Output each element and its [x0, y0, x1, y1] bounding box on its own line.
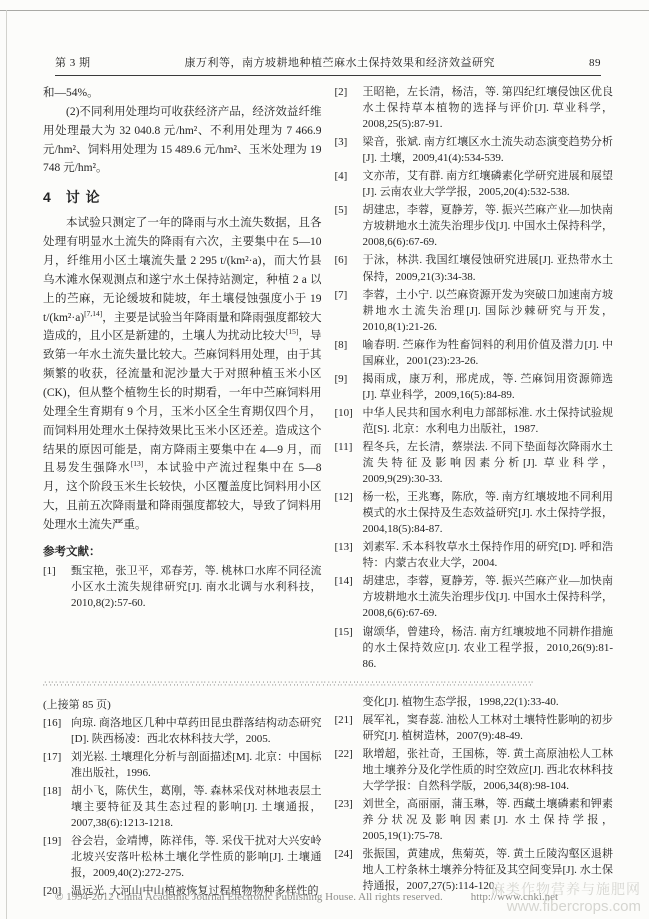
reference-number: [12] [335, 489, 353, 505]
reference-list: [16]向琼. 商洛地区几种中草药田昆虫群落结构动态研究[D]. 陕西杨凌：西北… [43, 715, 322, 900]
reference-text: 李蓉，土小宁. 以苎麻资源开发为突破口加速南方坡耕地水土流失治理[J]. 国际沙… [363, 289, 614, 333]
reference-number: [2] [335, 84, 348, 100]
page-number: 89 [589, 57, 601, 69]
section-title: 讨 论 [66, 189, 101, 205]
reference-text: 谢颂华，曾建玲，杨洁. 南方红壤坡地不同耕作措施的水土保持效应[J]. 农业工程… [363, 626, 614, 670]
reference-item: [2]王昭艳，左长清，杨洁，等. 第四纪红壤侵蚀区优良水土保持草本植物的选择与评… [335, 84, 614, 132]
reference-item: [17]刘光崧. 土壤理化分析与剖面描述[M]. 北京：中国标准出版社，1996… [43, 749, 322, 781]
reference-number: [1] [43, 563, 56, 579]
discussion-paragraph: 本试验只测定了一年的降雨与水土流失数据，且各处理有明显水土流失的降雨有六次，主要… [43, 214, 322, 535]
reference-number: [4] [335, 168, 348, 184]
reference-item: [21]展军礼，窦春蕊. 油松人工林对土壤特性影响的初步研究[J]. 植树造林，… [335, 712, 614, 744]
reference-item: [3]梁音，张斌. 南方红壤区水土流失动态演变趋势分析[J]. 土壤，2009,… [335, 134, 614, 166]
journal-page: 第 3 期 康万利等，南方坡耕地种植苎麻水土保持效果和经济效益研究 89 和—5… [0, 0, 649, 919]
reference-number: [21] [335, 712, 353, 728]
reference-item: [13]刘素军. 禾本科牧草水土保持作用的研究[D]. 呼和浩特：内蒙古农业大学… [335, 539, 614, 571]
reference-list: [2]王昭艳，左长清，杨洁，等. 第四纪红壤侵蚀区优良水土保持草本植物的选择与评… [335, 84, 614, 672]
reference-text: 刘光崧. 土壤理化分析与剖面描述[M]. 北京：中国标准出版社，1996. [71, 751, 322, 779]
continued-from-note: (上接第 85 页) [43, 696, 322, 712]
reference-list: 变化[J]. 植物生态学报，1998,22(1):33-40. [21]展军礼，… [335, 694, 614, 895]
reference-item: [12]杨一松，王兆骞，陈欣，等. 南方红壤坡地不同利用模式的水土保持及生态效益… [335, 489, 614, 537]
reference-number: [14] [335, 573, 353, 589]
carryover-line: 和—54%。 [43, 84, 322, 103]
reference-number: [6] [335, 252, 348, 268]
reference-number: [23] [335, 796, 353, 812]
reference-text: 于泳，林洪. 我国红壤侵蚀研究进展[J]. 亚热带水土保持，2009,21(3)… [363, 254, 614, 282]
reference-number: [5] [335, 202, 348, 218]
reference-number: [9] [335, 371, 348, 387]
reference-item: [14]胡建忠，李蓉，夏静芳，等. 振兴苎麻产业—加快南方坡耕地水土流失治理步伐… [335, 573, 614, 621]
reference-text: 向琼. 商洛地区几种中草药田昆虫群落结构动态研究[D]. 陕西杨凌：西北农林科技… [71, 717, 322, 745]
reference-text: 杨一松，王兆骞，陈欣，等. 南方红壤坡地不同利用模式的水土保持及生态效益研究[J… [363, 491, 614, 535]
reference-number: [7] [335, 287, 348, 303]
reference-text: 王昭艳，左长清，杨洁，等. 第四纪红壤侵蚀区优良水土保持草本植物的选择与评价[J… [363, 86, 614, 130]
reference-item: [6]于泳，林洪. 我国红壤侵蚀研究进展[J]. 亚热带水土保持，2009,21… [335, 252, 614, 284]
reference-text: 甄宝艳，张卫平，邓春芳，等. 桃林口水库不同径流小区水土流失规律研究[J]. 南… [71, 565, 322, 609]
watermark: 麻类作物营养与施肥网 www.fibercrops.com [491, 881, 641, 916]
reference-continuation: 变化[J]. 植物生态学报，1998,22(1):33-40. [335, 694, 614, 710]
citation-superscript: [7,14] [84, 309, 102, 318]
reference-item: [8]喻春明. 苎麻作为牲畜饲料的利用价值及潜力[J]. 中国麻业，2001(2… [335, 337, 614, 369]
reference-number: [16] [43, 715, 61, 731]
reference-number: [8] [335, 337, 348, 353]
reference-item: [4]文亦芾，艾有群. 南方红壤磷素化学研究进展和展望[J]. 云南农业大学学报… [335, 168, 614, 200]
page-edge-top [0, 10, 649, 11]
reference-text: 耿增超，张社奇，王国栋，等. 黄土高原油松人工林地土壤养分及化学性质的时空效应[… [363, 748, 614, 792]
reference-number: [3] [335, 134, 348, 150]
continued-right-column: 变化[J]. 植物生态学报，1998,22(1):33-40. [21]展军礼，… [335, 694, 614, 902]
reference-number: [19] [43, 833, 61, 849]
header-rule [55, 75, 601, 78]
reference-number: [22] [335, 746, 353, 762]
reference-text: 喻春明. 苎麻作为牲畜饲料的利用价值及潜力[J]. 中国麻业，2001(23):… [363, 339, 614, 367]
continued-columns: (上接第 85 页) [16]向琼. 商洛地区几种中草药田昆虫群落结构动态研究[… [43, 694, 613, 902]
watermark-site-url: www.fibercrops.com [491, 898, 641, 916]
reference-text: 胡建忠，李蓉，夏静芳，等. 振兴苎麻产业—加快南方坡耕地水土流失治理步伐[J].… [363, 575, 614, 619]
reference-item: [10]中华人民共和国水利电力部部标准. 水土保持试验规范[S]. 北京：水利电… [335, 405, 614, 437]
conclusion-paragraph: (2)不同利用处理均可收获经济产品，经济效益纤维用处理最大为 32 040.8 … [43, 103, 322, 178]
reference-text: 胡建忠，李蓉，夏静芳，等. 振兴苎麻产业—加快南方坡耕地水土流失治理步伐[J].… [363, 204, 614, 248]
right-column: [2]王昭艳，左长清，杨洁，等. 第四纪红壤侵蚀区优良水土保持草本植物的选择与评… [335, 84, 614, 674]
reference-text: 胡小飞，陈伏生，葛刚，等. 森林采伐对林地表层土壤主要特征及其生态过程的影响[J… [71, 785, 322, 829]
reference-number: [15] [335, 624, 353, 640]
reference-text: 谷会岩，金靖博，陈祥伟，等. 采伐干扰对大兴安岭北坡兴安落叶松林土壤化学性质的影… [71, 835, 322, 879]
reference-item: [11]程冬兵，左长清，蔡崇法. 不同下垫面每次降雨水土流失特征及影响因素分析[… [335, 439, 614, 487]
citation-superscript: [13] [131, 460, 144, 469]
reference-text: 揭雨成，康万利，邢虎成，等. 苎麻饲用资源筛选[J]. 草业科学，2009,16… [363, 373, 614, 401]
reference-list: [1] 甄宝艳，张卫平，邓春芳，等. 桃林口水库不同径流小区水土流失规律研究[J… [43, 563, 322, 611]
issue-number: 第 3 期 [55, 54, 91, 70]
reference-text: 中华人民共和国水利电力部部标准. 水土保持试验规范[S]. 北京：水利电力出版社… [363, 407, 614, 435]
reference-number: [24] [335, 846, 353, 862]
continued-left-column: (上接第 85 页) [16]向琼. 商洛地区几种中草药田昆虫群落结构动态研究[… [43, 694, 322, 902]
reference-item: [9]揭雨成，康万利，邢虎成，等. 苎麻饲用资源筛选[J]. 草业科学，2009… [335, 371, 614, 403]
copyright-text: © 1994-2012 China Academic Journal Elect… [55, 891, 443, 903]
main-columns: 和—54%。 (2)不同利用处理均可收获经济产品，经济效益纤维用处理最大为 32… [43, 84, 613, 674]
reference-item: [18]胡小飞，陈伏生，葛刚，等. 森林采伐对林地表层土壤主要特征及其生态过程的… [43, 783, 322, 831]
reference-item: [23]刘世全，高丽丽，蒲玉琳，等. 西藏土壤磷素和钾素养分状况及影响因素[J]… [335, 796, 614, 844]
reference-text: 刘世全，高丽丽，蒲玉琳，等. 西藏土壤磷素和钾素养分状况及影响因素[J]. 水土… [363, 798, 614, 842]
section-number: 4 [43, 189, 52, 205]
running-title: 康万利等，南方坡耕地种植苎麻水土保持效果和经济效益研究 [91, 54, 590, 70]
reference-item: [5]胡建忠，李蓉，夏静芳，等. 振兴苎麻产业—加快南方坡耕地水土流失治理步伐[… [335, 202, 614, 250]
section-divider-ornament: ∴∵∴∵∴∵∴∵∴∵∴∵∴∵∴∵∴∵∴∵∴∵∴∵∴∵∴∵∴∵∴∵∴∵∴∵∴∵∴∵… [43, 681, 613, 688]
reference-item: [15]谢颂华，曾建玲，杨洁. 南方红壤坡地不同耕作措施的水土保持效应[J]. … [335, 624, 614, 672]
reference-number: [11] [335, 439, 353, 455]
page-content: 和—54%。 (2)不同利用处理均可收获经济产品，经济效益纤维用处理最大为 32… [43, 84, 613, 901]
reference-item: [16]向琼. 商洛地区几种中草药田昆虫群落结构动态研究[D]. 陕西杨凌：西北… [43, 715, 322, 747]
reference-number: [17] [43, 749, 61, 765]
reference-text: 刘素军. 禾本科牧草水土保持作用的研究[D]. 呼和浩特：内蒙古农业大学，200… [363, 541, 614, 569]
discussion-text: ，导致第一年水土流失量比较大。苎麻饲料用处理，由于其频繁的收获，径流量和泥沙量大… [43, 330, 322, 474]
reference-number: [13] [335, 539, 353, 555]
left-column: 和—54%。 (2)不同利用处理均可收获经济产品，经济效益纤维用处理最大为 32… [43, 84, 322, 674]
reference-item: [7]李蓉，土小宁. 以苎麻资源开发为突破口加速南方坡耕地水土流失治理[J]. … [335, 287, 614, 335]
reference-text: 展军礼，窦春蕊. 油松人工林对土壤特性影响的初步研究[J]. 植树造林，2007… [363, 714, 614, 742]
section-heading: 4讨 论 [43, 187, 322, 207]
reference-text: 文亦芾，艾有群. 南方红壤磷素化学研究进展和展望[J]. 云南农业大学学报，20… [363, 170, 614, 198]
citation-superscript: [15] [286, 328, 299, 337]
reference-number: [10] [335, 405, 353, 421]
page-header: 第 3 期 康万利等，南方坡耕地种植苎麻水土保持效果和经济效益研究 89 [55, 54, 601, 70]
reference-text: 程冬兵，左长清，蔡崇法. 不同下垫面每次降雨水土流失特征及影响因素分析[J]. … [363, 441, 614, 485]
reference-text: 梁音，张斌. 南方红壤区水土流失动态演变趋势分析[J]. 土壤，2009,41(… [363, 136, 614, 164]
references-heading: 参考文献： [43, 543, 322, 559]
reference-item: [19]谷会岩，金靖博，陈祥伟，等. 采伐干扰对大兴安岭北坡兴安落叶松林土壤化学… [43, 833, 322, 881]
reference-number: [18] [43, 783, 61, 799]
reference-item: [1] 甄宝艳，张卫平，邓春芳，等. 桃林口水库不同径流小区水土流失规律研究[J… [43, 563, 322, 611]
page-edge-left [6, 10, 7, 919]
watermark-site-name: 麻类作物营养与施肥网 [491, 881, 641, 898]
reference-item: [22]耿增超，张社奇，王国栋，等. 黄土高原油松人工林地土壤养分及化学性质的时… [335, 746, 614, 794]
discussion-text: 本试验只测定了一年的降雨与水土流失数据，且各处理有明显水土流失的降雨有六次，主要… [43, 217, 322, 323]
